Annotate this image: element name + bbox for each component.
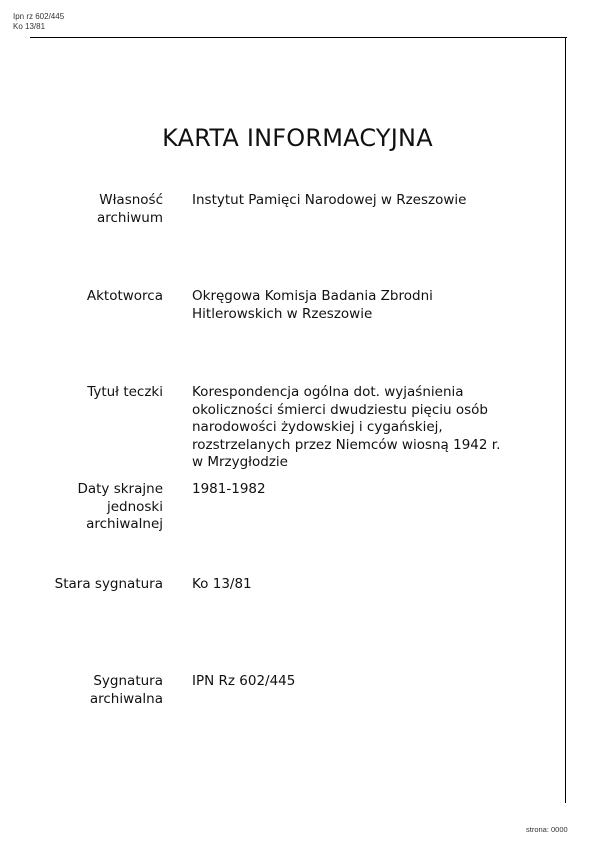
field-label: Aktotworca bbox=[3, 288, 163, 306]
field-value: Instytut Pamięci Narodowej w Rzeszowie bbox=[192, 192, 542, 210]
field-value: Korespondencja ogólna dot. wyjaśnienia o… bbox=[192, 384, 542, 472]
frame-top-line bbox=[30, 37, 567, 38]
field-value: IPN Rz 602/445 bbox=[192, 673, 542, 691]
field-label: Tytuł teczki bbox=[3, 384, 163, 402]
field-value: Okręgowa Komisja Badania Zbrodni Hitlero… bbox=[192, 288, 542, 323]
header-old-signature: Ko 13/81 bbox=[13, 22, 45, 32]
field-label: Sygnatura archiwalna bbox=[3, 673, 163, 708]
header-signature: Ipn rz 602/445 bbox=[13, 12, 64, 22]
field-value: 1981-1982 bbox=[192, 481, 542, 499]
document-title: KARTA INFORMACYJNA bbox=[0, 123, 595, 153]
field-value: Ko 13/81 bbox=[192, 576, 542, 594]
field-label: Daty skrajne jednoski archiwalnej bbox=[3, 481, 163, 534]
page-number: strona: 0000 bbox=[526, 825, 568, 834]
field-label: Stara sygnatura bbox=[3, 576, 163, 594]
field-label: Własność archiwum bbox=[3, 192, 163, 227]
